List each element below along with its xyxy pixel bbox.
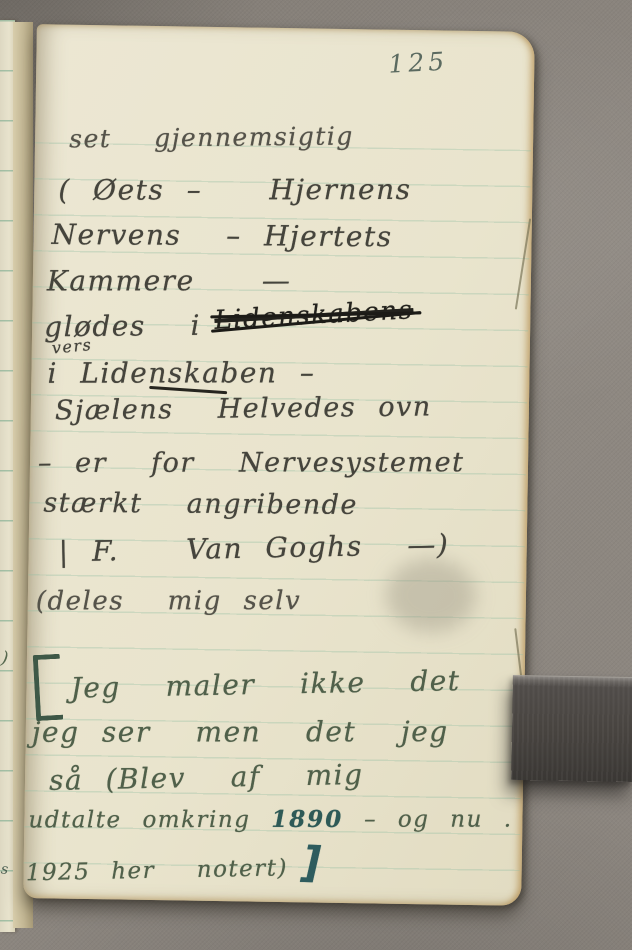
handwritten-line: – er for Nervesystemet	[38, 447, 464, 479]
handwritten-line: Sjælens Helvedes ovn	[55, 391, 432, 426]
handwritten-line: stærkt angribende	[43, 488, 358, 521]
page-number: 125	[388, 47, 449, 79]
handwritten-line: Kammere —	[47, 264, 292, 297]
notebook-page: 125 set gjennemsigtig ( Øets – Hjernens …	[23, 24, 535, 906]
handwritten-line: (deles mig selv	[36, 586, 301, 616]
handwritten-line-green: 1925 her notert)]	[25, 836, 323, 891]
handwritten-line: Nervens – Hjertets	[51, 218, 392, 253]
handwritten-line: i Lidenskaben –	[47, 356, 315, 389]
green-line-text: udtalte omkring	[28, 807, 271, 833]
handwritten-line-green: så (Blev af mig	[49, 758, 364, 797]
opening-bracket-mark	[33, 654, 64, 721]
green-line-text: 1925 her notert)	[26, 855, 289, 886]
green-line-text: – og nu .	[343, 806, 512, 832]
handwritten-line: ( Øets – Hjernens	[58, 173, 411, 207]
year-1890: 1890	[271, 806, 343, 833]
handwritten-line-green: udtalte omkring 1890 – og nu .	[28, 805, 512, 833]
handwritten-line: set gjennemsigtig	[69, 121, 354, 153]
metal-clamp	[511, 675, 632, 782]
closing-bracket-mark: ]	[301, 837, 323, 887]
inserted-word: vers	[51, 335, 93, 358]
notebook-photo: ) s . 125 set gjennemsigtig ( Øets – Hje…	[0, 0, 632, 950]
handwritten-line-green: jeg ser men det jeg	[32, 715, 449, 749]
